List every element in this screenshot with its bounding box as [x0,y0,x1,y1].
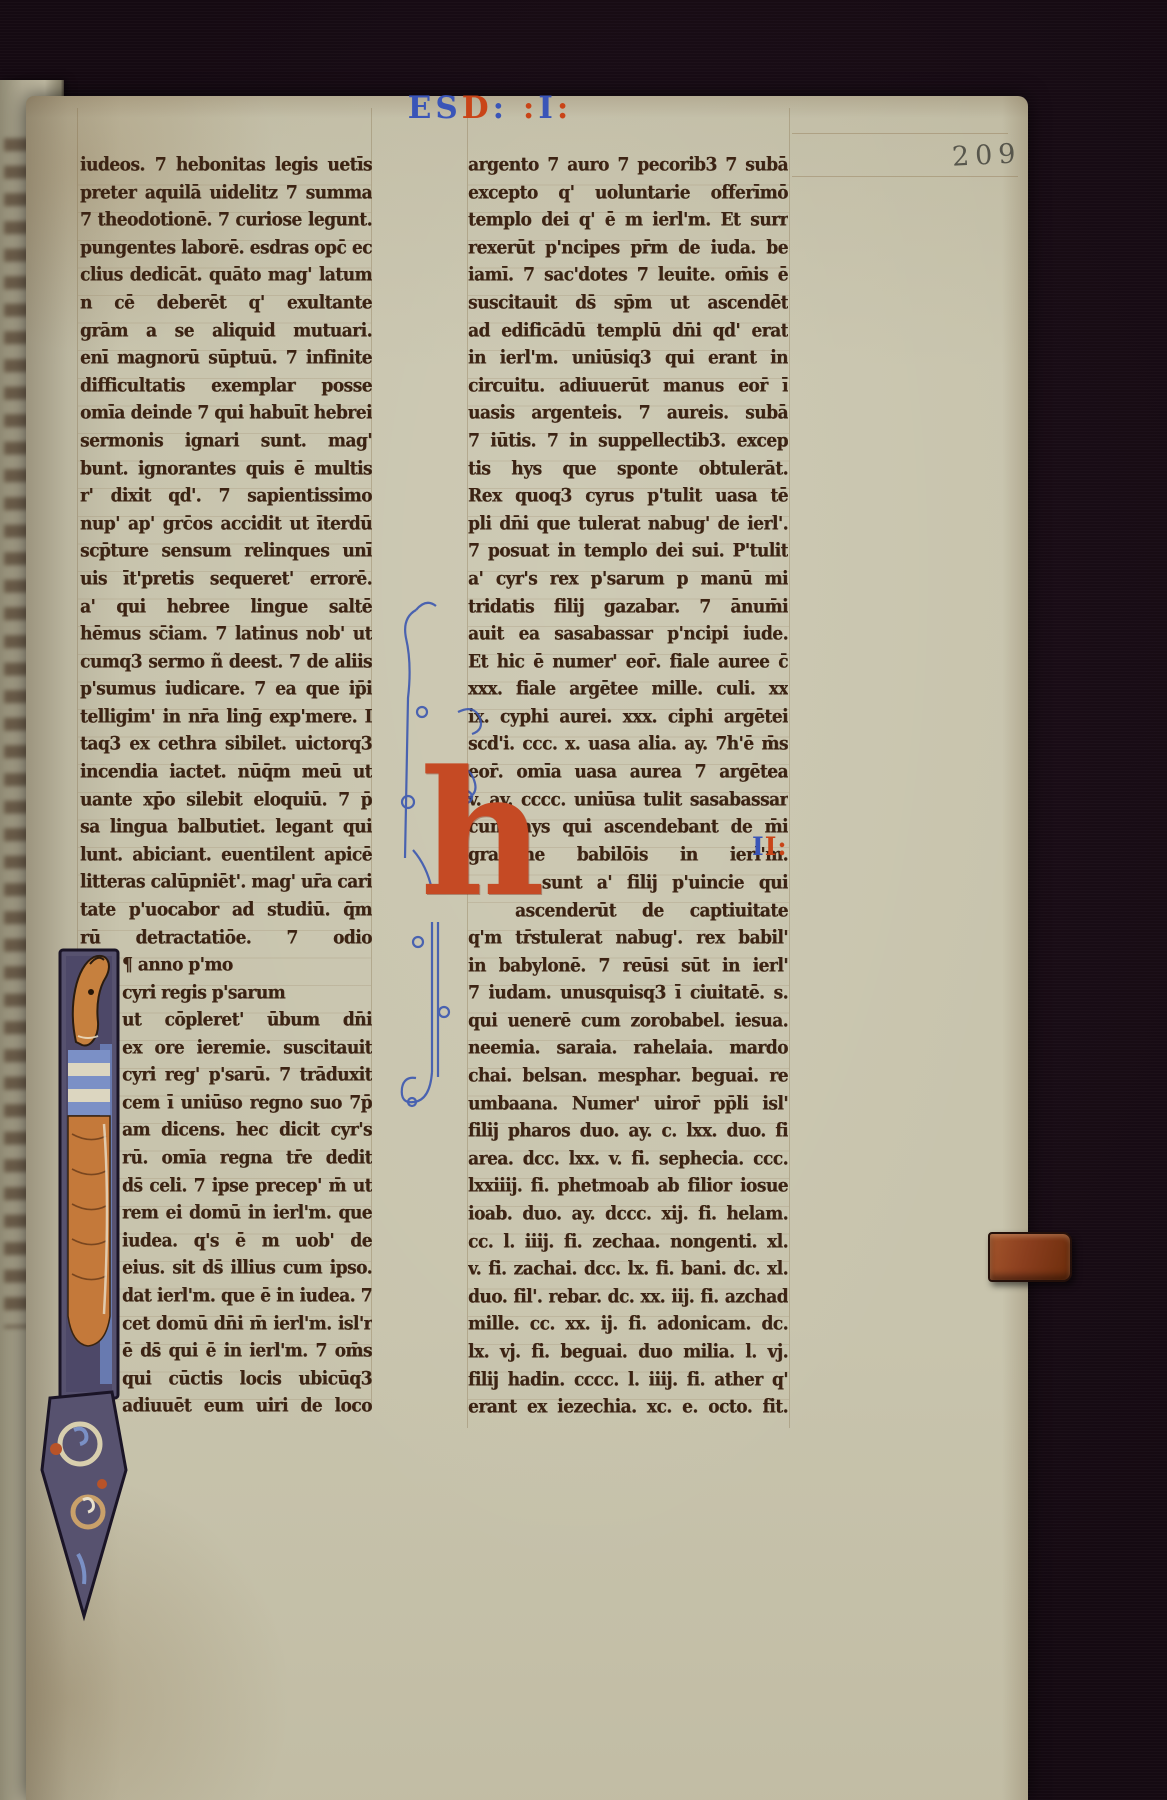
text-line: ascenderūt de captiuitate [515,896,788,927]
text-line: argento 7 auro 7 pecorib3 7 subā [468,150,788,181]
penwork-initial-h: h [420,748,545,920]
text-line: Et hic ē numer' eor̄. fiale auree c̄ [468,647,788,678]
text-line: Rex quoq3 cyrus p'tulit uasa tē [468,481,788,512]
text-line: incendia iactet. nūq̄m meū ut [80,757,372,788]
ruling-horizontal-under-folio [792,176,1018,177]
text-line: bunt. ignorantes quis ē multis ue [80,454,372,485]
text-line: filij pharos duo. ay. c. lxx. duo. fi [468,1117,788,1148]
title-letter: D [462,90,493,126]
text-line: pli dn̄i que tulerat nabug' de ierl'. [468,509,788,540]
text-line: a' cyr's rex p'sarum p manū mi [468,564,788,595]
text-line: uasis argenteis. 7 aureis. subā [468,399,788,430]
text-line: uis īt'pretis sequeret' errorē. Nos [80,564,372,595]
folio-number: 209 [951,138,1022,173]
text-line: templo dei q' ē m ierl'm. Et surr [468,206,788,237]
text-line: 7 posuat in templo dei sui. P'tulit [468,537,788,568]
text-line: auit ea sasabassar p'ncipi iude. [468,619,788,650]
text-line: ioab. duo. ay. dccc. xij. fi. helam. ay. [468,1199,788,1230]
text-line: hēmus sc̄iam. 7 latinus nob' ut [80,619,372,650]
text-line: 7 iūtis. 7 in suppellectib3. excep [468,426,788,457]
text-line: suscitauit ds̄ sp̄m ut ascendēt [468,288,788,319]
title-letter: : [557,90,572,126]
title-letter: I [765,832,778,861]
text-line: 7 iudam. unusquisq3 ī ciuitatē. s. [468,979,788,1010]
text-line: ii sunt a' filij p'uincie qui [515,868,788,899]
text-line: iudeos. 7 hebonitas legis uetīs m̄ [80,150,372,181]
text-line: iamī. 7 sac'dotes 7 leuite. om̄is ē [468,261,788,292]
text-line: p'sumus iudicare. 7 ea que ip̄i in [80,675,372,706]
chapter-ii-marker: II: [752,832,788,861]
text-line: in ierl'm. uniūsiq3 qui erant in [468,344,788,375]
text-line: v. fi. zachai. dcc. lx. fi. bani. dc. xl… [468,1254,788,1285]
text-line: preter aquilā uidelitz 7 summa ci [80,178,372,209]
running-title: ESD: :I: [330,90,650,126]
illuminated-initial-i [38,944,168,1634]
text-line: umbaana. Numer' uiror̄ pp̄li isl' [468,1089,788,1120]
text-line: lxxiiij. fi. phetmoab ab filior iosue [468,1172,788,1203]
ruling-vertical-col2-right [789,108,790,1428]
title-letter: : [493,90,508,126]
title-letter: I [538,90,557,126]
text-line: lx. vj. fi. beguai. duo milia. l. vj. [468,1337,788,1368]
text-line: xxx. fiale argētee mille. culi. xx [468,675,788,706]
text-line: n cē deberēt q' exultante cōterēt [80,288,372,319]
text-line: r' dixit qd'. 7 sapientissimo cuidā [80,481,372,512]
text-line: neemia. saraia. rahelaia. mardo [468,1034,788,1065]
text-line: scp̄ture sensum relinques unī cui' [80,537,372,568]
bookmark-tab [988,1232,1072,1282]
text-line: tate p'uocabor ad studiū. q̄m illo [80,895,372,926]
text-line: filij hadin. cccc. l. iiij. fi. ather q' [468,1365,788,1396]
title-letter: : [777,832,787,861]
text-line: taq3 ex cethra sibilet. uictorq3 syre [80,730,372,761]
title-letter: E [408,90,436,126]
text-line: excepto q' uoluntarie offerīmō [468,178,788,209]
text-line: omīa deinde 7 qui habuīt hebrei [80,399,372,430]
title-letter: : [523,90,538,126]
right-column-text-2: q'm tr̄stulerat nabug'. rex babil'in bab… [468,925,788,1422]
text-line: grām a se aliquid mutuari. Primū [80,316,372,347]
text-line: cc. l. iiij. fi. zechaa. nongenti. xl. [468,1227,788,1258]
text-line: clius dedicāt. quāto mag' latum ḡ [80,261,372,292]
text-line: mille. cc. xx. ij. fi. adonicam. dc. [468,1310,788,1341]
manuscript-photo: ESD: :I: 209 iudeos. 7 hebonitas legis u… [0,0,1167,1800]
text-line: a' qui hebree lingue saltē paruam [80,592,372,623]
text-line: chai. belsan. mesphar. beguai. re [468,1061,788,1092]
text-line: litteras calūpniēt'. mag' ur̄a cari [80,868,372,899]
text-line: uante xp̄o silebit eloquiū. 7 p̄ sci [80,785,372,816]
text-line: tis hys que sponte obtulerāt. [468,454,788,485]
title-letter [508,90,523,126]
text-line: enī magnorū sūptuū. 7 infinite [80,344,372,375]
title-letter: S [435,90,461,126]
text-line: sermonis ignari sunt. mag' h'erra [80,426,372,457]
text-line: in babylonē. 7 reūsi sūt in ierl' [468,951,788,982]
left-column-prologue: iudeos. 7 hebonitas legis uetīs m̄preter… [80,152,372,952]
text-line: ad edificādū templū dn̄i qd' erat [468,316,788,347]
text-line: erant ex iezechia. xc. e. octo. fit. [468,1392,788,1423]
title-letter: I [752,832,765,861]
text-line: 7 theodotionē. 7 curiose legunt. [80,206,372,237]
ruling-horizontal-top [792,133,1008,134]
text-line: sa lingua balbutiet. legant qui uo [80,813,372,844]
text-line: duo. fil'. rebar. dc. xx. iij. fi. azcha… [468,1282,788,1313]
text-line: cumq3 sermo ñ deest. 7 de aliis mag' [80,647,372,678]
text-line: tridatis filij gazabar. 7 ānum̄i [468,592,788,623]
right-column-indented: ii sunt a' filij p'uincie quiascenderūt … [515,870,788,925]
text-line: nup' ap' grc̄os accidit ut īterdū [80,509,372,540]
